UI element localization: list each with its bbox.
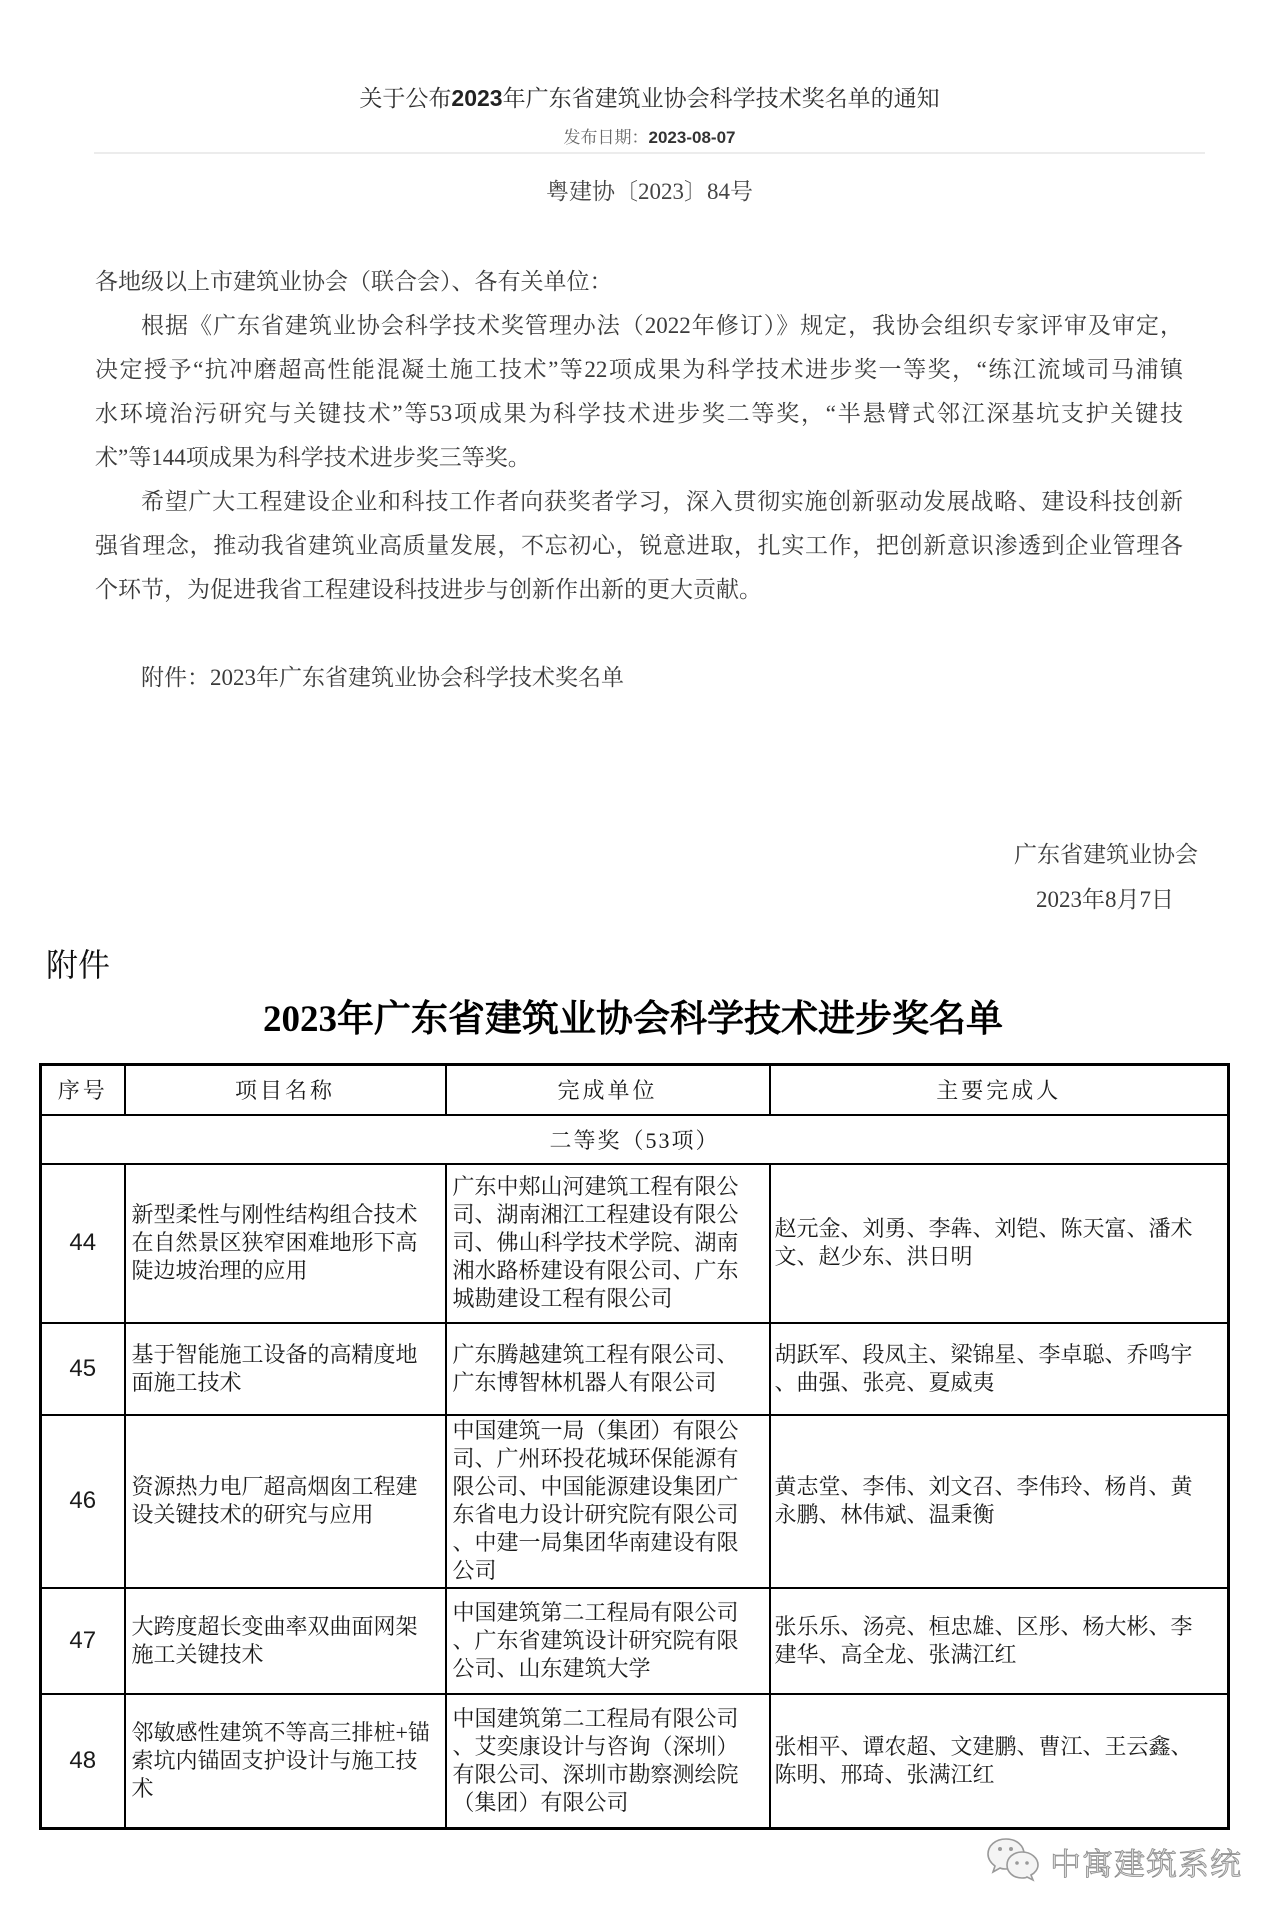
publish-date-value: 2023-08-07 (649, 128, 736, 147)
row-serial: 47 (41, 1588, 125, 1694)
row-people: 张乐乐、汤亮、桓忠雄、区彤、杨大彬、李 建华、高全龙、张满江红 (770, 1588, 1229, 1694)
section-label: 二等奖（53项） (41, 1115, 1229, 1164)
section-row: 二等奖（53项） (41, 1115, 1229, 1164)
notice-title-year: 2023 (451, 85, 502, 111)
table-row: 44 新型柔性与刚性结构组合技术 在自然景区狭窄困难地形下高 陡边坡治理的应用 … (41, 1164, 1229, 1323)
attachment-title: 2023年广东省建筑业协会科学技术进步奖名单 (39, 996, 1227, 1044)
row-project: 新型柔性与刚性结构组合技术 在自然景区狭窄困难地形下高 陡边坡治理的应用 (125, 1164, 446, 1323)
table-row: 47 大跨度超长变曲率双曲面网架 施工关键技术 中国建筑第二工程局有限公司 、广… (41, 1588, 1229, 1694)
row-serial: 45 (41, 1323, 125, 1415)
row-units: 中国建筑一局（集团）有限公 司、广州环投花城环保能源有 限公司、中国能源建设集团… (446, 1415, 770, 1588)
watermark-text: 中寓建筑系统 (1050, 1839, 1242, 1884)
row-units: 中国建筑第二工程局有限公司 、广东省建筑设计研究院有限 公司、山东建筑大学 (446, 1588, 770, 1694)
header-people: 主要完成人 (770, 1065, 1229, 1115)
paragraph-1-line-2: 决定授予“抗冲磨超高性能混凝土施工技术”等22项成果为科学技术进步奖一等奖，“练… (95, 348, 1183, 392)
attachment-reference: 附件：2023年广东省建筑业协会科学技术奖名单 (95, 656, 1183, 700)
paragraph-2-line-3: 个环节，为促进我省工程建设科技进步与创新作出新的更大贡献。 (95, 568, 1183, 612)
paragraph-1-line-4: 术”等144项成果为科学技术进步奖三等奖。 (95, 436, 1183, 480)
salutation: 各地级以上市建筑业协会（联合会）、各有关单位： (95, 260, 1183, 304)
award-table: 序号 项目名称 完成单位 主要完成人 二等奖（53项） 44 新型柔性与刚性结构… (39, 1063, 1230, 1830)
notice-title-prefix: 关于公布 (359, 86, 451, 111)
row-serial: 44 (41, 1164, 125, 1323)
row-people: 黄志堂、李伟、刘文召、李伟玲、杨肖、黄 永鹏、林伟斌、温秉衡 (770, 1415, 1229, 1588)
document-number: 粤建协〔2023〕84号 (94, 178, 1205, 206)
blank-line (95, 612, 1183, 656)
header-divider (94, 152, 1205, 154)
table-row: 46 资源热力电厂超高烟囱工程建 设关键技术的研究与应用 中国建筑一局（集团）有… (41, 1415, 1229, 1588)
header-serial: 序号 (41, 1065, 125, 1115)
row-units: 中国建筑第二工程局有限公司 、艾奕康设计与咨询（深圳） 有限公司、深圳市勘察测绘… (446, 1694, 770, 1829)
notice-title-suffix: 年广东省建筑业协会科学技术奖名单的通知 (503, 86, 940, 111)
paragraph-2-line-1: 希望广大工程建设企业和科技工作者向获奖者学习，深入贯彻实施创新驱动发展战略、建设… (95, 480, 1183, 524)
row-serial: 48 (41, 1694, 125, 1829)
row-project: 邻敏感性建筑不等高三排桩+锚 索坑内锚固支护设计与施工技 术 (125, 1694, 446, 1829)
publish-date-label: 发布日期： (564, 128, 649, 147)
row-units: 广东腾越建筑工程有限公司、 广东博智林机器人有限公司 (446, 1323, 770, 1415)
table-header-row: 序号 项目名称 完成单位 主要完成人 (41, 1065, 1229, 1115)
row-serial: 46 (41, 1415, 125, 1588)
paragraph-2-line-2: 强省理念，推动我省建筑业高质量发展，不忘初心，锐意进取，扎实工作，把创新意识渗透… (95, 524, 1183, 568)
publish-date: 发布日期：2023-08-07 (94, 126, 1205, 150)
row-people: 赵元金、刘勇、李犇、刘铠、陈天富、潘术 文、赵少东、洪日明 (770, 1164, 1229, 1323)
table-row: 45 基于智能施工设备的高精度地 面施工技术 广东腾越建筑工程有限公司、 广东博… (41, 1323, 1229, 1415)
signature-organization: 广东省建筑业协会 (1014, 833, 1198, 877)
watermark: 中寓建筑系统 (986, 1838, 1242, 1884)
notice-title: 关于公布2023年广东省建筑业协会科学技术奖名单的通知 (94, 83, 1205, 113)
header-units: 完成单位 (446, 1065, 770, 1115)
row-project: 大跨度超长变曲率双曲面网架 施工关键技术 (125, 1588, 446, 1694)
row-project: 基于智能施工设备的高精度地 面施工技术 (125, 1323, 446, 1415)
header-project: 项目名称 (125, 1065, 446, 1115)
wechat-icon (986, 1836, 1042, 1887)
paragraph-1-line-1: 根据《广东省建筑业协会科学技术奖管理办法（2022年修订）》规定，我协会组织专家… (95, 304, 1183, 348)
row-units: 广东中郏山河建筑工程有限公 司、湖南湘江工程建设有限公 司、佛山科学技术学院、湖… (446, 1164, 770, 1323)
notice-body: 各地级以上市建筑业协会（联合会）、各有关单位： 根据《广东省建筑业协会科学技术奖… (95, 260, 1183, 700)
attachment-label: 附件 (46, 945, 110, 985)
row-people: 张相平、谭农超、文建鹏、曹江、王云鑫、 陈明、邢琦、张满江红 (770, 1694, 1229, 1829)
row-project: 资源热力电厂超高烟囱工程建 设关键技术的研究与应用 (125, 1415, 446, 1588)
signature-date: 2023年8月7日 (1036, 878, 1174, 922)
paragraph-1-line-3: 水环境治污研究与关键技术”等53项成果为科学技术进步奖二等奖，“半悬臂式邻江深基… (95, 392, 1183, 436)
row-people: 胡跃军、段凤主、梁锦星、李卓聪、乔鸣宇 、曲强、张亮、夏威夷 (770, 1323, 1229, 1415)
table-row: 48 邻敏感性建筑不等高三排桩+锚 索坑内锚固支护设计与施工技 术 中国建筑第二… (41, 1694, 1229, 1829)
